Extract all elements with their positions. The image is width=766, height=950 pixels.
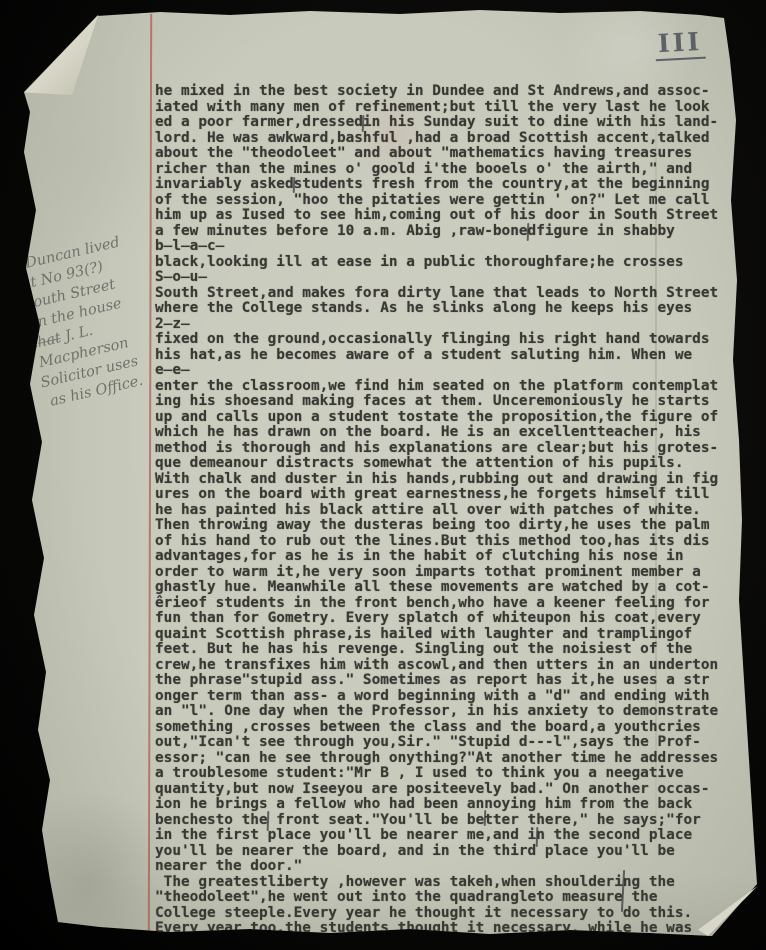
red-margin-rule-line xyxy=(148,14,152,932)
page-number: III xyxy=(654,27,706,62)
scanned-page-photo: III Duncan lived at No 93(?) South Stree… xyxy=(0,0,766,950)
typewritten-body-text: he mixed in the best society in Dundee a… xyxy=(155,84,721,950)
document-page: III Duncan lived at No 93(?) South Stree… xyxy=(0,0,766,950)
